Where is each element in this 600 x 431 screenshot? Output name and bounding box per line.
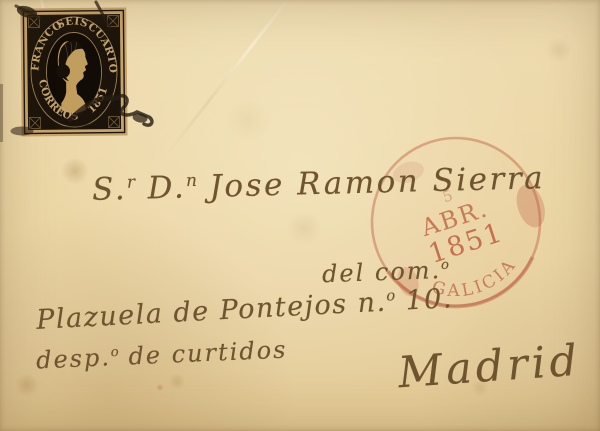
stain-spot xyxy=(156,384,164,391)
stain-spot xyxy=(222,100,274,140)
addressee-name: Jose Ramon Sierra xyxy=(197,160,546,205)
stain-spot xyxy=(168,374,186,389)
cover-photo: 5 ABR. 1851 GALICIA xyxy=(0,0,600,431)
street-address: Plazuela de Pontejos n. xyxy=(35,287,387,336)
destination-city: Madrid xyxy=(396,336,582,399)
paper-crease xyxy=(166,0,295,155)
address-line-1: S.r D.n Jose Ramon Sierra xyxy=(92,160,546,208)
stain-spot xyxy=(284,212,324,244)
superscript: n xyxy=(186,171,198,191)
address-line-3: Plazuela de Pontejos n.o 10. xyxy=(35,283,453,336)
stain-spot xyxy=(14,374,40,396)
stain-spot xyxy=(60,158,90,184)
postmark-month: ABR. xyxy=(417,194,492,242)
address-line-4: desp.o de curtidos xyxy=(36,336,288,375)
postage-stamp: FRANCO SEIS CUARTOS CORREOS 1851 xyxy=(20,6,127,137)
superscript: o xyxy=(441,258,449,273)
stain-spot xyxy=(545,38,573,62)
